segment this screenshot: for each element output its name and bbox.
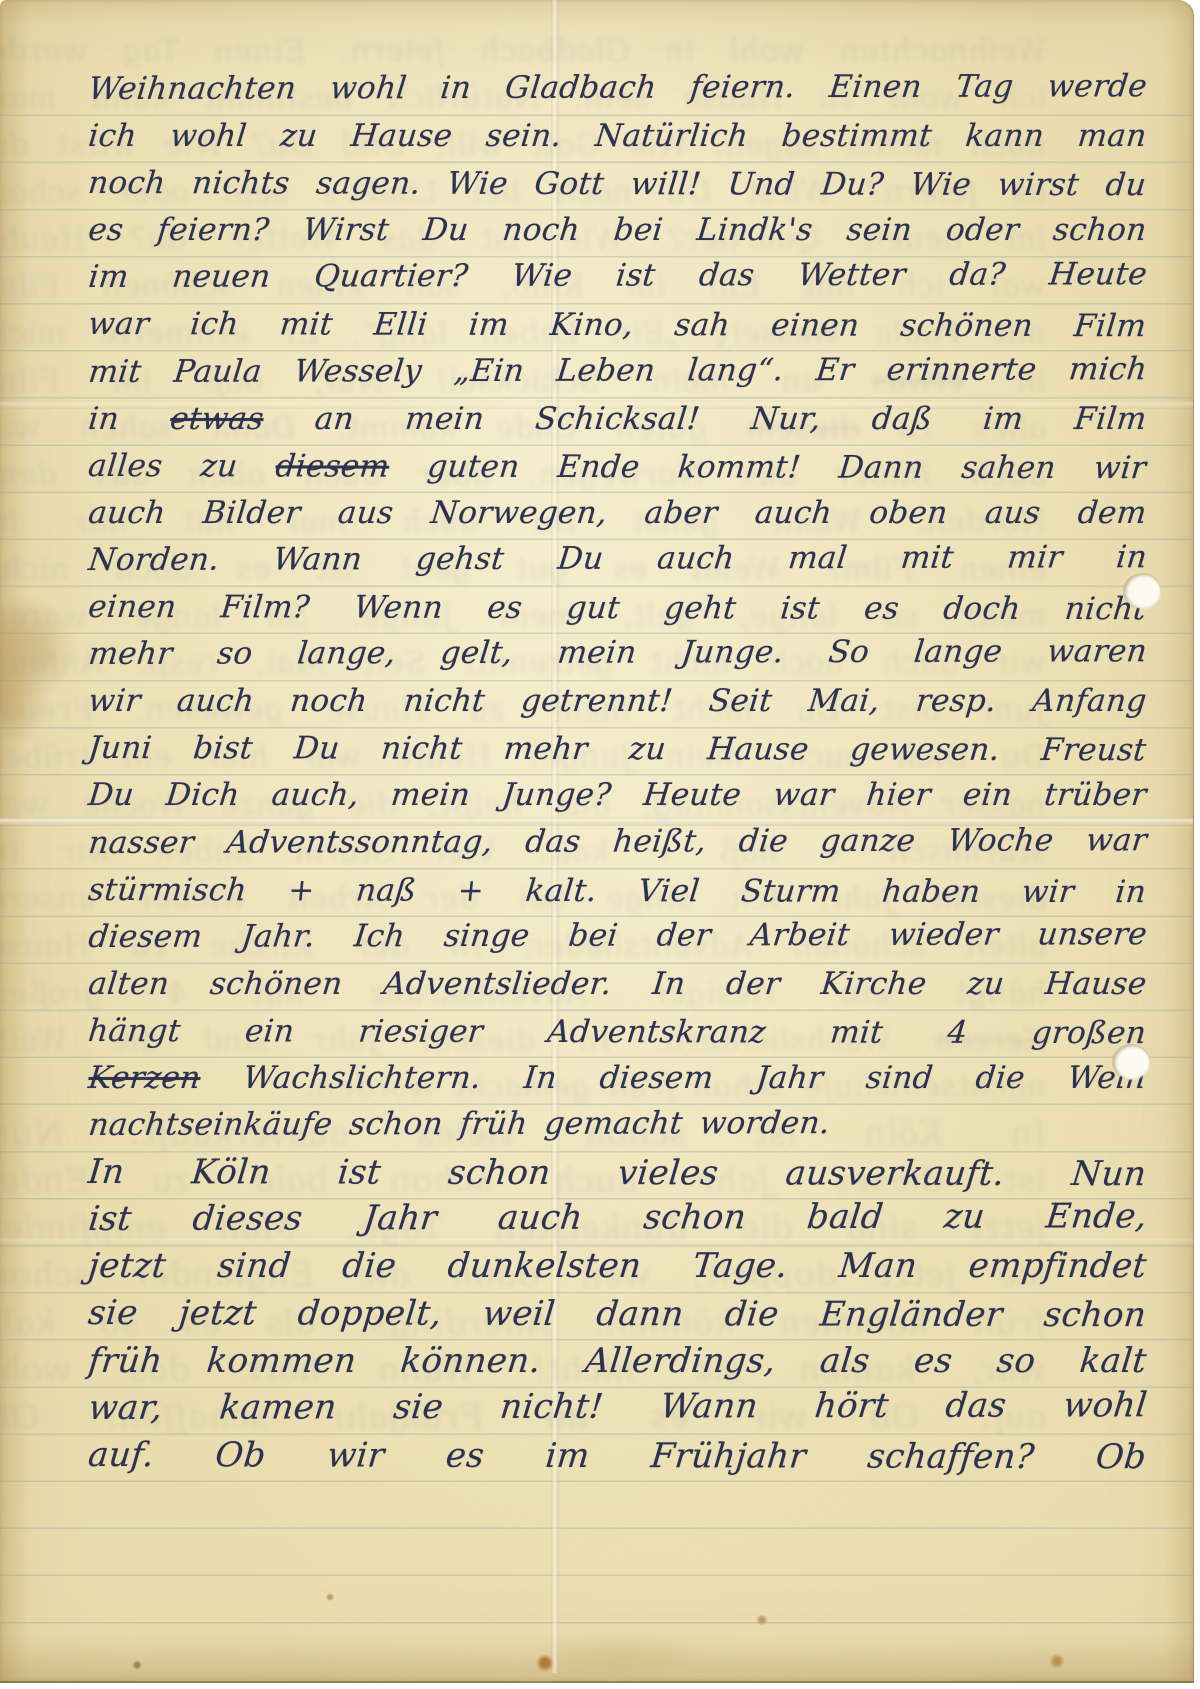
letter-line: wir auch noch nicht getrennt! Seit Mai, … (86, 678, 1149, 725)
letter-line: mit Paula Wessely „Ein Leben lang“. Er e… (86, 346, 1150, 396)
letter-page: Weihnachten wohl in Gladbach feiern. Ein… (0, 0, 1194, 1683)
letter-line: diesem Jahr. Ich singe bei der Arbeit wi… (86, 911, 1150, 961)
letter-line: früh kommen können. Allerdings, als es s… (86, 1338, 1149, 1385)
letter-line: nasser Adventssonntag, das heißt, die ga… (86, 817, 1150, 867)
letter-line: in etwas an mein Schicksal! Nur, daß im … (86, 396, 1149, 443)
letter-line: Norden. Wann gehst Du auch mal mit mir i… (86, 534, 1150, 584)
letter-line: Weihnachten wohl in Gladbach feiern. Ein… (86, 63, 1150, 113)
letter-line: Kerzen Wachslichtern. In diesem Jahr sin… (86, 1055, 1149, 1102)
letter-line: war ich mit Elli im Kino, sah einen schö… (86, 301, 1148, 350)
letter-line: war, kamen sie nicht! Wann hört das wohl (86, 1382, 1150, 1432)
letter-line: nachtseinkäufe schon früh gemacht worden… (86, 1099, 1150, 1149)
letter-line: es feiern? Wirst Du noch bei Lindk's sei… (86, 207, 1149, 254)
letter-line: auf. Ob wir es im Frühjahr schaffen? Ob (86, 1432, 1148, 1481)
letter-line: ich wohl zu Hause sein. Natürlich bestim… (86, 113, 1149, 160)
letter-line: im neuen Quartier? Wie ist das Wetter da… (86, 252, 1150, 302)
letter-line: noch nichts sagen. Wie Gott will! Und Du… (86, 160, 1148, 209)
punch-hole (1124, 574, 1160, 608)
letter-line: hängt ein riesiger Adventskranz mit 4 gr… (86, 1008, 1148, 1057)
struck-word: diesem (274, 448, 391, 484)
struck-word: etwas (168, 401, 265, 437)
letter-line: In Köln ist schon vieles ausverkauft. Nu… (86, 1149, 1148, 1198)
letter-line: sie jetzt doppelt, weil dann die Engländ… (86, 1290, 1148, 1339)
letter-line: alles zu diesem guten Ende kommt! Dann s… (86, 443, 1148, 492)
letter-line: Juni bist Du nicht mehr zu Hause gewesen… (86, 725, 1148, 774)
letter-line: alten schönen Adventslieder. In der Kirc… (86, 961, 1149, 1008)
struck-word: Kerzen (87, 1060, 203, 1096)
letter-line: mehr so lange, gelt, mein Junge. So lang… (86, 628, 1150, 678)
letter-line: auch Bilder aus Norwegen, aber auch oben… (86, 490, 1149, 537)
letter-line: Du Dich auch, mein Junge? Heute war hier… (86, 772, 1149, 819)
letter-line: ist dieses Jahr auch schon bald zu Ende, (86, 1193, 1150, 1243)
letter-lines: Weihnachten wohl in Gladbach feiern. Ein… (86, 66, 1144, 1479)
letter-scan: Weihnachten wohl in Gladbach feiern. Ein… (0, 0, 1200, 1689)
punch-hole (1113, 1045, 1149, 1079)
letter-line: einen Film? Wenn es gut geht ist es doch… (86, 584, 1148, 633)
letter-line: stürmisch + naß + kalt. Viel Sturm haben… (86, 867, 1148, 916)
letter-line: jetzt sind die dunkelsten Tage. Man empf… (86, 1243, 1149, 1290)
